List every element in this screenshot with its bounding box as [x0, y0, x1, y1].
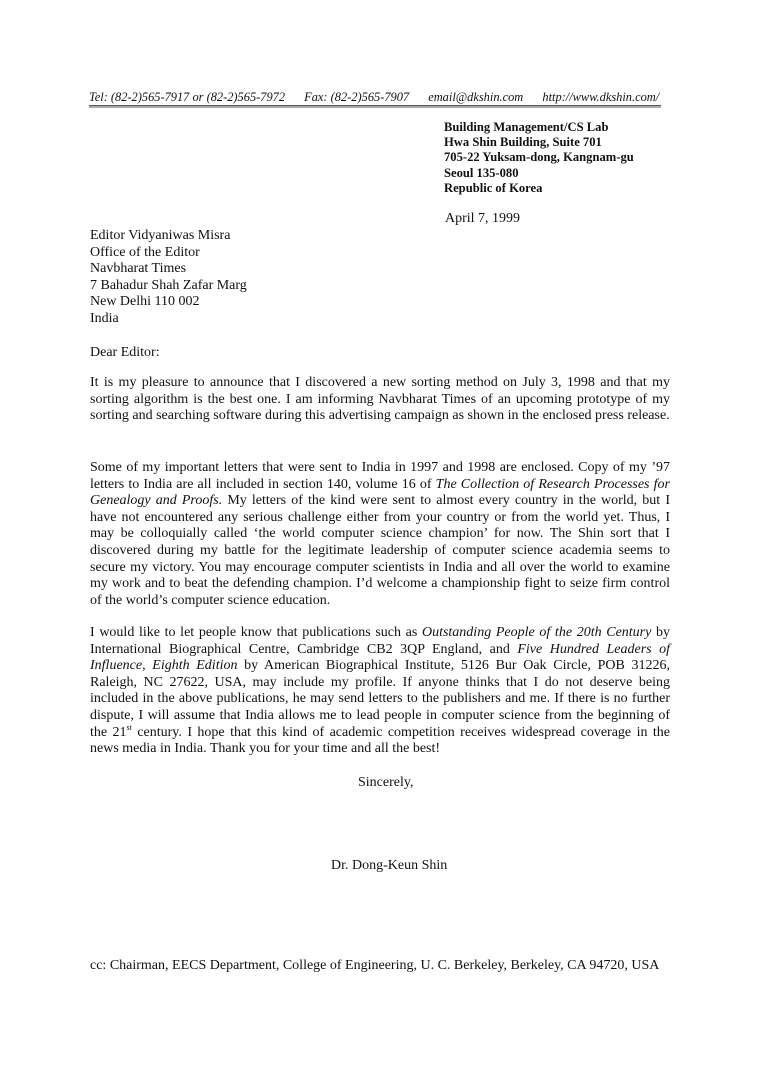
signature-name: Dr. Dong-Keun Shin: [331, 857, 447, 874]
header-fax: Fax: (82-2)565-7907: [304, 90, 409, 104]
sender-line: Hwa Shin Building, Suite 701: [444, 135, 634, 150]
publication-title: Outstanding People of the 20th Century: [422, 625, 651, 640]
header-tel: Tel: (82-2)565-7917 or (82-2)565-7972: [89, 90, 285, 104]
recipient-address: Editor Vidyaniwas Misra Office of the Ed…: [90, 228, 247, 328]
paragraph-text: I would like to let people know that pub…: [90, 625, 422, 640]
recipient-line: Editor Vidyaniwas Misra: [90, 228, 247, 245]
recipient-line: India: [90, 311, 247, 328]
letter-date: April 7, 1999: [445, 210, 520, 228]
paragraph-text: ,: [142, 658, 152, 673]
salutation: Dear Editor:: [90, 344, 160, 361]
recipient-line: Office of the Editor: [90, 245, 247, 262]
publication-edition: Eighth Edition: [152, 658, 237, 673]
sender-line: 705-22 Yuksam-dong, Kangnam-gu: [444, 150, 634, 165]
header-url: http://www.dkshin.com/: [542, 90, 659, 104]
recipient-line: Navbharat Times: [90, 261, 247, 278]
sender-line: Seoul 135-080: [444, 166, 634, 181]
paragraph-text: century. I hope that this kind of academ…: [90, 725, 670, 757]
paragraph-letters: Some of my important letters that were s…: [90, 460, 670, 609]
sender-line: Building Management/CS Lab: [444, 120, 634, 135]
paragraph-publications: I would like to let people know that pub…: [90, 625, 670, 758]
closing: Sincerely,: [358, 774, 413, 791]
paragraph-text: My letters of the kind were sent to almo…: [90, 493, 670, 608]
paragraph-announcement: It is my pleasure to announce that I dis…: [90, 375, 670, 425]
sender-line: Republic of Korea: [444, 181, 634, 196]
header-email: email@dkshin.com: [428, 90, 523, 104]
sender-address: Building Management/CS Lab Hwa Shin Buil…: [444, 120, 634, 196]
letterhead-contact-line: Tel: (82-2)565-7917 or (82-2)565-7972 Fa…: [89, 90, 661, 106]
cc-line: cc: Chairman, EECS Department, College o…: [90, 957, 659, 974]
recipient-line: New Delhi 110 002: [90, 294, 247, 311]
recipient-line: 7 Bahadur Shah Zafar Marg: [90, 278, 247, 295]
